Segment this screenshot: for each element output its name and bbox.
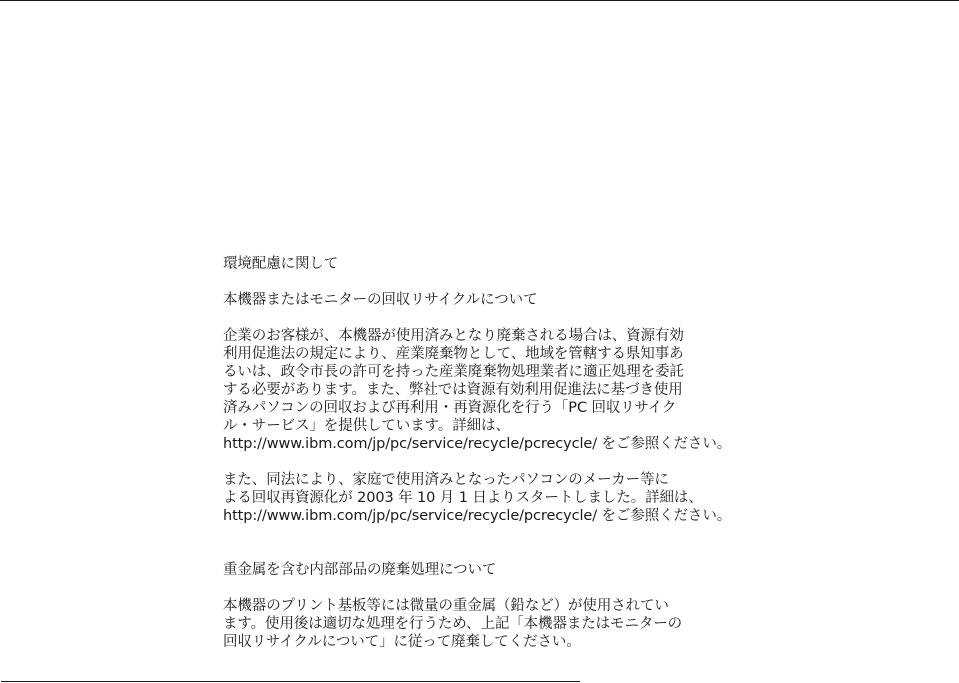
- text-line: 利用促進法の規定により、産業廃棄物として、地域を管轄する県知事あ: [223, 345, 743, 363]
- spacer: [223, 525, 743, 561]
- spacer: [223, 453, 743, 471]
- paragraph-corporate-disposal: 企業のお客様が、本機器が使用済みとなり廃棄される場合は、資源有効 利用促進法の規…: [223, 327, 743, 453]
- paragraph-heavy-metal-disposal: 本機器のプリント基板等には微量の重金属（鉛など）が使用されてい ます。使用後は適…: [223, 597, 743, 651]
- paragraph-household-recycling: また、同法により、家庭で使用済みとなったパソコンのメーカー等に よる回収再資源化…: [223, 471, 743, 525]
- text-line: ル・サービス」を提供しています。詳細は、: [223, 417, 743, 435]
- recycle-url-line: http://www.ibm.com/jp/pc/service/recycle…: [223, 435, 743, 453]
- text-line: 企業のお客様が、本機器が使用済みとなり廃棄される場合は、資源有効: [223, 327, 743, 345]
- recycle-url-line: http://www.ibm.com/jp/pc/service/recycle…: [223, 507, 743, 525]
- spacer: [223, 579, 743, 597]
- footnote-rule: [1, 681, 580, 682]
- section-heavy-metals: 重金属を含む内部部品の廃棄処理について 本機器のプリント基板等には微量の重金属（…: [223, 561, 743, 651]
- text-line: 済みパソコンの回収および再利用・再資源化を行う「PC 回収リサイク: [223, 399, 743, 417]
- section-heading: 重金属を含む内部部品の廃棄処理について: [223, 561, 743, 579]
- text-line: 本機器のプリント基板等には微量の重金属（鉛など）が使用されてい: [223, 597, 743, 615]
- text-line: よる回収再資源化が 2003 年 10 月 1 日よりスタートしました。詳細は、: [223, 489, 743, 507]
- text-line: 回収リサイクルについて」に従って廃棄してください。: [223, 633, 743, 651]
- text-line: また、同法により、家庭で使用済みとなったパソコンのメーカー等に: [223, 471, 743, 489]
- text-line: るいは、政令市長の許可を持った産業廃棄物処理業者に適正処理を委託: [223, 363, 743, 381]
- spacer: [223, 273, 743, 291]
- section-heading: 本機器またはモニターの回収リサイクルについて: [223, 291, 743, 309]
- text-line: する必要があります。また、弊社では資源有効利用促進法に基づき使用: [223, 381, 743, 399]
- document-title: 環境配慮に関して: [223, 255, 743, 273]
- spacer: [223, 309, 743, 327]
- section-monitor-recycling: 本機器またはモニターの回収リサイクルについて 企業のお客様が、本機器が使用済みと…: [223, 291, 743, 525]
- text-line: ます。使用後は適切な処理を行うため、上記「本機器またはモニターの: [223, 615, 743, 633]
- page-top-rule: [0, 0, 959, 1]
- document-body: 環境配慮に関して 本機器またはモニターの回収リサイクルについて 企業のお客様が、…: [223, 255, 743, 651]
